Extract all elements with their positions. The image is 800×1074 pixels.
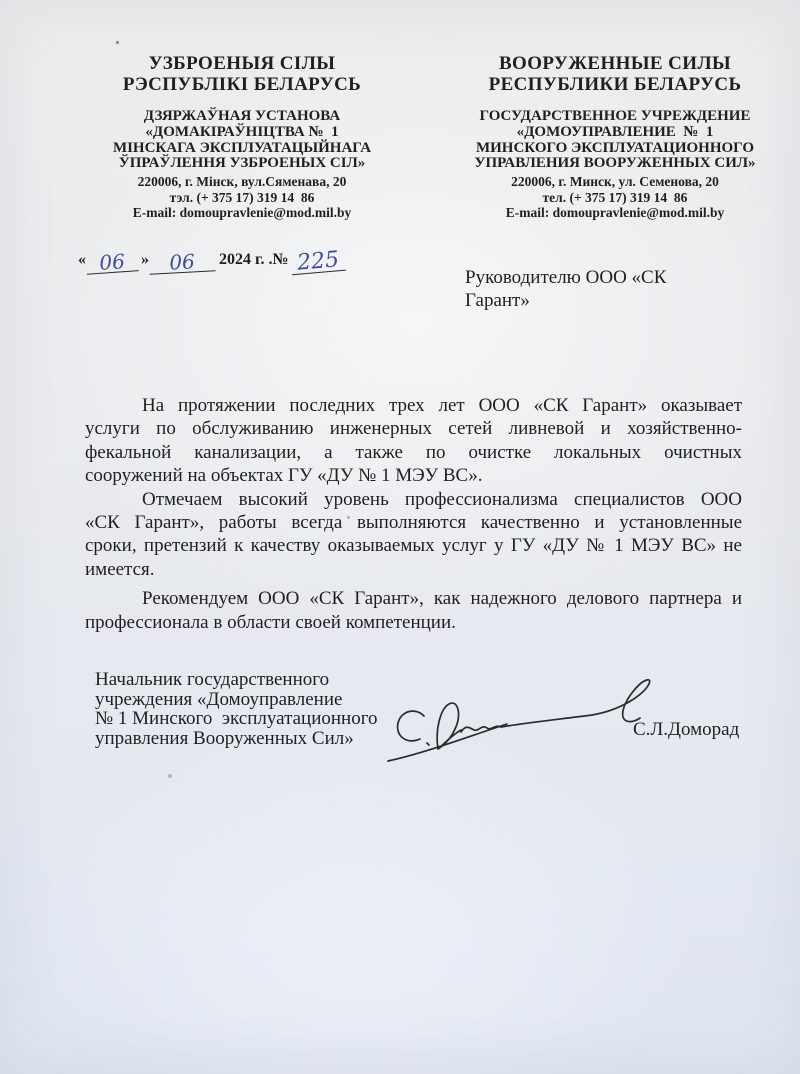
text-line: имеется. — [85, 558, 742, 581]
text-line: Руководителю ООО «СК — [465, 266, 765, 289]
text-line: № 1 Минского эксплуатационного — [95, 709, 425, 729]
contact-info-left: 220006, г. Мінск, вул.Сяменава, 20тэл. (… — [62, 174, 422, 221]
text-line: «СК Гарант», работы всегда выполняются к… — [85, 511, 742, 534]
text-line: РЭСПУБЛІКІ БЕЛАРУСЬ — [62, 74, 422, 95]
text-line: профессионала в области своей компетенци… — [85, 611, 742, 634]
scan-speckle — [116, 41, 119, 44]
paragraph-quality: Отмечаем высокий уровень профессионализм… — [85, 488, 742, 582]
contact-info-right: 220006, г. Минск, ул. Семенова, 20тел. (… — [435, 174, 795, 221]
org-title-left: УЗБРОЕНЫЯ СІЛЫРЭСПУБЛІКІ БЕЛАРУСЬ — [62, 53, 422, 95]
text-line: управления Вооруженных Сил» — [95, 729, 425, 749]
signatory-name: С.Л.Доморад — [633, 719, 739, 741]
text-line: УПРАВЛЕНИЯ ВООРУЖЕННЫХ СИЛ» — [435, 156, 795, 172]
text-line: Рекомендуем ООО «СК Гарант», как надежно… — [85, 587, 742, 610]
text-line: МИНСКОГО ЭКСПЛУАТАЦИОННОГО — [435, 141, 795, 157]
org-title-right: ВООРУЖЕННЫЕ СИЛЫРЕСПУБЛИКИ БЕЛАРУСЬ — [435, 53, 795, 95]
text-line: ЎПРАЎЛЕННЯ УЗБРОЕНЫХ СІЛ» — [62, 156, 422, 172]
handwritten-document-number: 225 — [290, 250, 346, 276]
text-line: На протяжении последних трех лет ООО «СК… — [85, 394, 742, 417]
letter-page: УЗБРОЕНЫЯ СІЛЫРЭСПУБЛІКІ БЕЛАРУСЬ ДЗЯРЖА… — [0, 0, 800, 1074]
paragraph-services: На протяжении последних трех лет ООО «СК… — [85, 394, 742, 488]
paragraph-recommendation: Рекомендуем ООО «СК Гарант», как надежно… — [85, 587, 742, 634]
text-line: Гарант» — [465, 289, 765, 312]
text-line: ДЗЯРЖАЎНАЯ УСТАНОВА — [62, 109, 422, 125]
signatory-position: Начальник государственногоучреждения «До… — [95, 670, 425, 748]
text-line: Начальник государственного — [95, 670, 425, 690]
text-line: учреждения «Домоуправление — [95, 690, 425, 710]
letterhead-left: УЗБРОЕНЫЯ СІЛЫРЭСПУБЛІКІ БЕЛАРУСЬ ДЗЯРЖА… — [62, 53, 422, 221]
scan-speckle — [168, 774, 172, 778]
text-line: сооружений на объектах ГУ «ДУ № 1 МЭУ ВС… — [85, 464, 742, 487]
text-line: Отмечаем высокий уровень профессионализм… — [85, 488, 742, 511]
text-line: УЗБРОЕНЫЯ СІЛЫ — [62, 53, 422, 74]
institution-name-left: ДЗЯРЖАЎНАЯ УСТАНОВА«ДОМАКІРАЎНІЦТВА № 1М… — [62, 109, 422, 172]
text-line: 220006, г. Мінск, вул.Сяменава, 20 — [62, 174, 422, 190]
text-line: РЕСПУБЛИКИ БЕЛАРУСЬ — [435, 74, 795, 95]
scan-speckle — [347, 516, 350, 519]
text-line: 220006, г. Минск, ул. Семенова, 20 — [435, 174, 795, 190]
text-line: ВООРУЖЕННЫЕ СИЛЫ — [435, 53, 795, 74]
letter-body: На протяжении последних трех лет ООО «СК… — [85, 394, 742, 634]
institution-name-right: ГОСУДАРСТВЕННОЕ УЧРЕЖДЕНИЕ«ДОМОУПРАВЛЕНИ… — [435, 109, 795, 172]
text-line: фекальной канализации, а также по очистк… — [85, 441, 742, 464]
text-line: услуги по обслуживанию инженерных сетей … — [85, 417, 742, 440]
handwritten-day: 06 — [85, 250, 138, 275]
text-line: «ДОМОУПРАВЛЕНИЕ № 1 — [435, 125, 795, 141]
handwritten-month: 06 — [149, 250, 216, 274]
text-line: E-mail: domoupravlenie@mod.mil.by — [62, 205, 422, 221]
text-line: тэл. (+ 375 17) 319 14 86 — [62, 190, 422, 206]
text-line: «ДОМАКІРАЎНІЦТВА № 1 — [62, 125, 422, 141]
text-line: тел. (+ 375 17) 319 14 86 — [435, 190, 795, 206]
text-line: E-mail: domoupravlenie@mod.mil.by — [435, 205, 795, 221]
year-and-number-label: 2024 г. .№ — [215, 251, 291, 271]
text-line: ГОСУДАРСТВЕННОЕ УЧРЕЖДЕНИЕ — [435, 109, 795, 125]
addressee-block: Руководителю ООО «СКГарант» — [465, 266, 765, 312]
letterhead-right: ВООРУЖЕННЫЕ СИЛЫРЕСПУБЛИКИ БЕЛАРУСЬ ГОСУ… — [435, 53, 795, 221]
closing-quote: » — [138, 251, 149, 271]
handwritten-signature-icon — [385, 673, 675, 778]
date-and-number-line: « 06 » 06 2024 г. .№ 225 — [78, 250, 345, 271]
text-line: сроки, претензий к качеству оказываемых … — [85, 534, 742, 557]
